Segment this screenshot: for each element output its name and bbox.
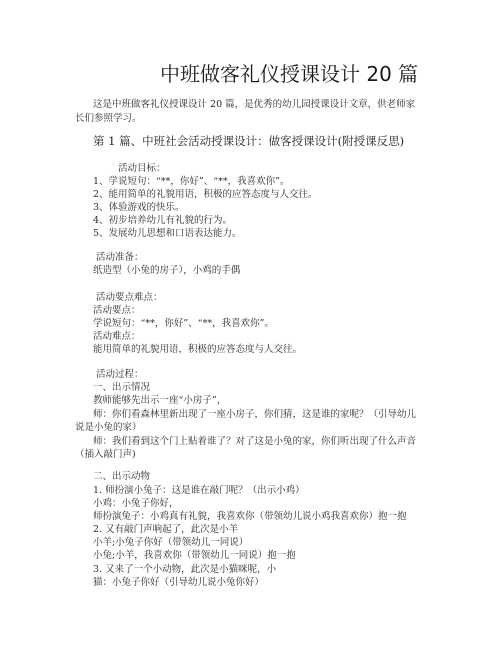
intro-line-2: 长们参照学习。	[75, 113, 142, 125]
key-point-text: 学说短句：“**，你好”、“**，我喜欢你”。	[93, 318, 274, 330]
part1-line: 说是小兔的家）	[75, 422, 142, 434]
part1-line: （插入敲门声)	[75, 449, 136, 461]
goal-item: 1、学说短句：“**，你好”、“**，我喜欢你”。	[93, 176, 289, 188]
part2-line: 猫：小兔子你好（引导幼儿说小兔你好）	[93, 577, 264, 589]
goals-label: 活动目标：	[118, 163, 166, 175]
prep-label: 活动准备：	[96, 252, 144, 264]
goal-item: 3、体验游戏的快乐。	[93, 202, 185, 214]
goal-item: 2、能用简单的礼貌用语，积极的应答态度与人交往。	[93, 189, 318, 201]
page-title: 中班做客礼仪授课设计 20 篇	[160, 62, 418, 86]
section-heading: 第 1 篇、中班社会活动授课设计：做客授课设计(附授课反思)	[93, 134, 404, 148]
prep-text: 纸造型（小兔的房子），小鸡的手偶	[93, 265, 240, 277]
part2-line: 小羊;小兔子你好（带领幼儿一同说）	[93, 537, 248, 549]
goal-item: 5、发展幼儿思想和口语表达能力。	[93, 228, 242, 240]
part1-line: 师：你们看森林里新出现了一座小房子，你们猜，这是谁的家呢？（引导幼儿	[93, 409, 416, 421]
key-label: 活动要点难点：	[96, 292, 163, 304]
part1-line: 师：我们看到这个门上贴着谁了？对了这是小兔的家，你们听出现了什么声音	[93, 436, 416, 448]
part2-line: 小兔;小羊，我喜欢你（带领幼儿一同说）抱一抱	[93, 550, 296, 562]
part2-line: 师扮演兔子：小鸡真有礼貌，我喜欢你（带领幼儿说小鸡我喜欢你）抱一抱	[93, 511, 407, 523]
part2-title: 二、出示动物	[93, 471, 150, 483]
part2-line: 3. 又来了一个小动物，此次是小猫咪呢，小	[93, 564, 276, 576]
part2-line: 1. 师扮演小兔子：这是谁在敲门呢？（出示小鸡）	[93, 485, 305, 497]
difficulty-label: 活动难点：	[93, 331, 141, 343]
part2-line: 2. 又有敲门声响起了，此次是小羊	[93, 524, 238, 536]
part1-title: 一、出示情况	[93, 382, 150, 394]
process-label: 活动过程：	[96, 369, 144, 381]
part1-line: 教师能够先出示一座“小房子”，	[93, 395, 226, 407]
intro-line-1: 这是中班做客礼仪授课设计 20 篇，是优秀的幼儿园授课设计文章，供老师家	[93, 99, 415, 111]
goal-item: 4、初步培养幼儿有礼貌的行为。	[93, 215, 232, 227]
part2-line: 小鸡：小兔子你好，	[93, 498, 179, 510]
key-point-label: 活动要点：	[93, 305, 141, 317]
difficulty-text: 能用简单的礼貌用语，积极的应答态度与人交往。	[93, 344, 302, 356]
